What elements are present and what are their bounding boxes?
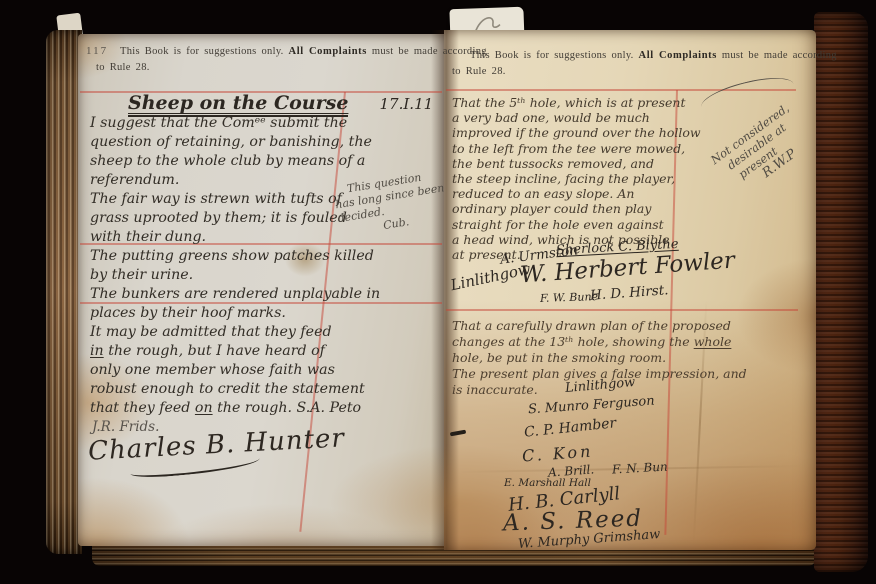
printed-rubric-line1: This Book is for suggestions only. All C… <box>120 46 487 57</box>
manuscript-line: ordinary player could then play <box>452 201 651 216</box>
manuscript-line: referendum. <box>90 171 179 190</box>
printed-rubric-line2: to Rule 28. <box>96 62 150 73</box>
manuscript-line: That the 5ᵗʰ hole, which is at present <box>452 95 685 110</box>
photo-of-suggestions-book: 117 This Book is for suggestions only. A… <box>0 0 876 584</box>
manuscript-line: the steep incline, facing the player, <box>452 171 675 186</box>
manuscript-line: in the rough, but I have heard of <box>90 342 325 361</box>
printed-rubric-bold: All Complaints <box>289 46 367 57</box>
red-rule-horizontal <box>446 309 798 311</box>
manuscript-line: question of retaining, or banishing, the <box>90 133 372 152</box>
printed-rubric-line2: to Rule 28. <box>452 66 506 77</box>
page-number: 117 <box>86 45 108 57</box>
manuscript-line: the bent tussocks removed, and <box>452 156 654 171</box>
manuscript-line: sheep to the whole club by means of a <box>90 152 365 171</box>
manuscript-line: that they feed on the rough. S.A. Peto <box>90 399 361 418</box>
manuscript-line: straight for the hole even against <box>452 217 664 232</box>
manuscript-line: That a carefully drawn plan of the propo… <box>452 318 731 334</box>
manuscript-line: hole, be put in the smoking room. <box>452 350 666 366</box>
manuscript-line: changes at the 13ᵗʰ hole, showing the wh… <box>452 334 731 350</box>
manuscript-line: The bunkers are rendered unplayable in <box>90 285 380 304</box>
manuscript-line: improved if the ground over the hollow <box>452 125 701 140</box>
signature-bun: F. N. Bun <box>612 460 668 477</box>
manuscript-line: to the left from the tee were mowed, <box>452 141 685 156</box>
manuscript-line: It may be admitted that they feed <box>90 323 332 342</box>
book-page-stack-left-edge <box>46 30 82 554</box>
manuscript-line: with their dung. <box>90 228 206 247</box>
entry-date: 17.I.11 <box>380 95 434 113</box>
manuscript-line: The fair way is strewn with tufts of <box>90 190 342 209</box>
manuscript-line: only one member whose faith was <box>90 361 335 380</box>
manuscript-line: a very bad one, would be much <box>452 110 650 125</box>
book-cover-right <box>814 12 868 572</box>
printed-rubric-line1: This Book is for suggestions only. All C… <box>470 50 837 61</box>
manuscript-line: places by their hoof marks. <box>90 304 286 323</box>
manuscript-line: reduced to an easy slope. An <box>452 186 634 201</box>
manuscript-line: grass uprooted by them; it is fouled <box>90 209 347 228</box>
manuscript-line: robust enough to credit the statement <box>90 380 365 399</box>
manuscript-line: is inaccurate. <box>452 382 538 398</box>
manuscript-line: I suggest that the Comᵉᵉ submit the <box>90 114 347 133</box>
manuscript-line: by their urine. <box>90 266 193 285</box>
printed-rubric-bold: All Complaints <box>639 50 717 61</box>
manuscript-line: The putting greens show patches killed <box>90 247 374 266</box>
entry-title-row: Sheep on the Course 17.I.11 <box>128 92 433 114</box>
